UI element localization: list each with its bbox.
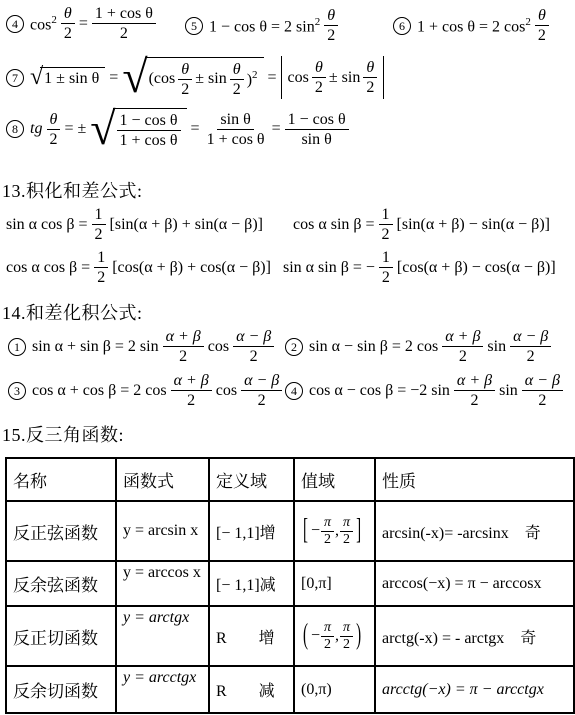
numerator: π — [340, 620, 353, 636]
expression: cos α cos β = — [6, 259, 90, 277]
fraction: α + β2 — [171, 371, 212, 410]
denominator: 2 — [92, 225, 106, 244]
fraction: θ2 — [363, 58, 377, 97]
numerator: 1 — [94, 248, 108, 268]
fraction: θ2 — [312, 58, 326, 97]
fraction: π2 — [321, 620, 334, 652]
numerator: α + β — [442, 327, 483, 347]
cell-domain: R 增 — [209, 606, 294, 666]
cell-name: 反余切函数 — [6, 666, 116, 713]
denominator: 2 — [247, 347, 261, 366]
formula-sum-to-product-3: 3 cos α + cos β = 2 cos α + β2 cos α − β… — [8, 371, 282, 410]
fraction: 12 — [379, 248, 393, 287]
denominator: 2 — [524, 347, 538, 366]
expression: [cos(α + β) + cos(α − β)] — [112, 259, 271, 277]
square-root: √ (cos θ2 ± sin θ2 )2 — [122, 57, 263, 99]
fraction: π2 — [321, 515, 334, 547]
math-term: cos2 — [30, 14, 57, 34]
expression: [sin(α + β) − sin(α − β)] — [397, 216, 550, 234]
fraction: θ2 — [61, 4, 75, 43]
fraction: 12 — [379, 205, 393, 244]
numerator: θ — [178, 60, 192, 80]
circled-number: 6 — [393, 17, 411, 35]
denominator: sin θ — [298, 130, 334, 149]
expression: (cos — [149, 70, 176, 88]
equals-sign: = — [191, 120, 200, 138]
formula-half-angle-4: 4 cos2 θ2 = 1 + cos θ2 — [6, 4, 156, 43]
fraction: 1 + cos θ2 — [92, 4, 156, 43]
cell-function: y = arccos x — [116, 561, 209, 606]
radicand: (cos θ2 ± sin θ2 )2 — [145, 57, 264, 99]
numerator: α − β — [522, 371, 563, 391]
numerator: θ — [324, 6, 338, 26]
bracket: ( — [303, 619, 308, 653]
fraction: α − β2 — [233, 327, 274, 366]
fraction: θ2 — [230, 60, 244, 99]
function-name: cos — [288, 69, 309, 87]
table-row: 反余切函数 y = arcctgx R 减 (0,π) arcctg(−x) =… — [6, 666, 574, 713]
fraction: θ2 — [46, 110, 60, 149]
fraction: sin θ1 + cos θ — [204, 110, 268, 149]
column-header-function: 函数式 — [116, 458, 209, 501]
table-row: 反正切函数 y = arctgx R 增 ( − π2 , π2 ) arctg… — [6, 606, 574, 666]
expression: sin α − sin β = 2 cos — [309, 338, 438, 356]
fraction: α + β2 — [442, 327, 483, 366]
numerator: α + β — [454, 371, 495, 391]
denominator: 1 + cos θ — [204, 130, 268, 149]
table-row: 反余弦函数 y = arccos x [− 1,1]减 [0,π] arccos… — [6, 561, 574, 606]
cell-range: (0,π) — [294, 666, 375, 713]
numerator: α − β — [510, 327, 551, 347]
comma: , — [335, 627, 339, 645]
denominator: 2 — [61, 24, 75, 43]
denominator: 2 — [230, 80, 244, 99]
cell-domain: [− 1,1]增 — [209, 501, 294, 561]
fraction: 1 − cos θsin θ — [285, 110, 349, 149]
numerator: 1 − cos θ — [117, 111, 181, 131]
denominator: 2 — [321, 532, 334, 547]
math-term: 1 − cos θ = 2 sin2 — [209, 16, 320, 36]
numerator: θ — [535, 6, 549, 26]
fraction: π2 — [340, 620, 353, 652]
section-15-heading: 15.反三角函数: — [2, 421, 124, 447]
formula-product-to-sum-2: cos α sin β = 12 [sin(α + β) − sin(α − β… — [293, 205, 550, 244]
denominator: 2 — [321, 637, 334, 652]
formula-half-angle-6: 6 1 + cos θ = 2 cos2 θ2 — [393, 6, 549, 45]
formula-product-to-sum-3: cos α cos β = 12 [cos(α + β) + cos(α − β… — [6, 248, 271, 287]
expression: 1 + cos θ = 2 cos — [417, 18, 525, 35]
expression: cos α sin β = — [293, 216, 375, 234]
numerator: π — [321, 620, 334, 636]
formula-half-angle-8: 8 tg θ2 = ± √ 1 − cos θ1 + cos θ = sin θ… — [6, 108, 349, 150]
fraction: θ2 — [535, 6, 549, 45]
fraction: α + β2 — [454, 371, 495, 410]
interval: [ − π2 , π2 ] — [301, 515, 363, 547]
math-term: 1 + cos θ = 2 cos2 — [417, 16, 531, 36]
numerator: 1 — [92, 205, 106, 225]
equals-plus-minus: = ± — [64, 120, 86, 138]
function-name: tg — [30, 120, 42, 138]
column-header-range: 值域 — [294, 458, 375, 501]
formula-product-to-sum-4: sin α sin β = − 12 [cos(α + β) − cos(α −… — [283, 248, 556, 287]
fraction: α − β2 — [522, 371, 563, 410]
minus-sign: − — [311, 522, 320, 540]
function-name: cos — [30, 16, 51, 33]
cell-name: 反正切函数 — [6, 606, 116, 666]
numerator: π — [321, 515, 334, 531]
exponent: 2 — [252, 69, 258, 81]
denominator: 2 — [379, 268, 393, 287]
column-header-domain: 定义域 — [209, 458, 294, 501]
cell-function: y = arctgx — [116, 606, 209, 666]
expression: sin α sin β = − — [283, 259, 375, 277]
comma: , — [335, 522, 339, 540]
fraction: α − β2 — [241, 371, 282, 410]
fraction: 12 — [94, 248, 108, 287]
bracket: ) — [356, 619, 361, 653]
denominator: 2 — [468, 391, 482, 410]
expression: [cos(α + β) − cos(α − β)] — [397, 259, 556, 277]
denominator: 2 — [176, 347, 190, 366]
denominator: 1 + cos θ — [117, 131, 181, 150]
cell-property: arctg(-x) = - arctgx 奇 — [375, 606, 574, 666]
denominator: 2 — [46, 130, 60, 149]
table-row: 反正弦函数 y = arcsin x [− 1,1]增 [ − π2 , π2 … — [6, 501, 574, 561]
numerator: θ — [61, 4, 75, 24]
exponent: 2 — [315, 16, 321, 28]
denominator: 2 — [363, 78, 377, 97]
cell-function: y = arcctgx — [116, 666, 209, 713]
denominator: 2 — [312, 78, 326, 97]
numerator: α − β — [241, 371, 282, 391]
cell-property: arcsin(-x)= -arcsinx 奇 — [375, 501, 574, 561]
denominator: 2 — [535, 391, 549, 410]
denominator: 2 — [535, 26, 549, 45]
radicand: 1 ± sin θ — [40, 67, 105, 88]
numerator: 1 — [379, 205, 393, 225]
denominator: 2 — [117, 24, 131, 43]
expression: cos α + cos β = 2 cos — [32, 382, 167, 400]
cell-property: arcctg(−x) = π − arcctgx — [375, 666, 574, 713]
fraction: θ2 — [324, 6, 338, 45]
cell-name: 反正弦函数 — [6, 501, 116, 561]
fraction: π2 — [340, 515, 353, 547]
expression: sin α + sin β = 2 sin — [32, 338, 159, 356]
numerator: α + β — [163, 327, 204, 347]
numerator: α + β — [171, 371, 212, 391]
equals-sign: = — [268, 69, 277, 87]
cell-range: ( − π2 , π2 ) — [294, 606, 375, 666]
denominator: 2 — [255, 391, 269, 410]
column-header-property: 性质 — [375, 458, 574, 501]
square-root: √1 ± sin θ — [30, 67, 105, 88]
function-name: cos — [216, 382, 237, 400]
square-root: √ 1 − cos θ1 + cos θ — [90, 108, 186, 150]
math-term: )2 — [247, 69, 258, 89]
formula-sum-to-product-1: 1 sin α + sin β = 2 sin α + β2 cos α − β… — [8, 327, 274, 366]
circled-number: 2 — [285, 338, 303, 356]
function-name: sin — [499, 382, 518, 400]
interval: ( − π2 , π2 ) — [301, 620, 363, 652]
formula-product-to-sum-1: sin α cos β = 12 [sin(α + β) + sin(α − β… — [6, 205, 263, 244]
denominator: 2 — [379, 225, 393, 244]
numerator: 1 − cos θ — [285, 110, 349, 130]
formula-half-angle-7: 7 √1 ± sin θ = √ (cos θ2 ± sin θ2 )2 = c… — [6, 56, 384, 99]
table-header-row: 名称 函数式 定义域 值域 性质 — [6, 458, 574, 501]
cell-domain: R 减 — [209, 666, 294, 713]
exponent: 2 — [525, 16, 531, 28]
inverse-trig-table: 名称 函数式 定义域 值域 性质 反正弦函数 y = arcsin x [− 1… — [5, 457, 575, 714]
fraction: 1 − cos θ1 + cos θ — [117, 111, 181, 150]
cell-range: [0,π] — [294, 561, 375, 606]
formula-sum-to-product-4: 4 cos α − cos β = −2 sin α + β2 sin α − … — [285, 371, 563, 410]
equals-sign: = — [109, 69, 118, 87]
circled-number: 4 — [6, 15, 24, 33]
fraction: α − β2 — [510, 327, 551, 366]
formula-sum-to-product-2: 2 sin α − sin β = 2 cos α + β2 sin α − β… — [285, 327, 551, 366]
expression: ± sin — [329, 69, 360, 87]
numerator: θ — [230, 60, 244, 80]
circled-number: 1 — [8, 338, 26, 356]
numerator: θ — [312, 58, 326, 78]
fraction: 12 — [92, 205, 106, 244]
expression: ± sin — [195, 70, 226, 88]
numerator: 1 + cos θ — [92, 4, 156, 24]
expression: [sin(α + β) + sin(α − β)] — [110, 216, 263, 234]
circled-number: 7 — [6, 69, 24, 87]
denominator: 2 — [178, 80, 192, 99]
denominator: 2 — [94, 268, 108, 287]
cell-domain: [− 1,1]减 — [209, 561, 294, 606]
page: 4 cos2 θ2 = 1 + cos θ2 5 1 − cos θ = 2 s… — [0, 0, 575, 715]
expression: sin α cos β = — [6, 216, 88, 234]
function-name: cos — [208, 338, 229, 356]
cell-range: [ − π2 , π2 ] — [294, 501, 375, 561]
circled-number: 3 — [8, 382, 26, 400]
fraction: θ2 — [178, 60, 192, 99]
bracket: ] — [356, 514, 361, 548]
absolute-value: cos θ2 ± sin θ2 — [281, 56, 385, 99]
numerator: 1 — [379, 248, 393, 268]
numerator: π — [340, 515, 353, 531]
minus-sign: − — [311, 627, 320, 645]
cell-function: y = arcsin x — [116, 501, 209, 561]
function-name: sin — [487, 338, 506, 356]
expression: 1 − cos θ = 2 sin — [209, 18, 315, 35]
circled-number: 4 — [285, 382, 303, 400]
expression: cos α − cos β = −2 sin — [309, 382, 450, 400]
numerator: θ — [363, 58, 377, 78]
cell-name: 反余弦函数 — [6, 561, 116, 606]
cell-property: arccos(−x) = π − arccosx — [375, 561, 574, 606]
denominator: 2 — [184, 391, 198, 410]
numerator: α − β — [233, 327, 274, 347]
equals-sign: = — [272, 120, 281, 138]
circled-number: 8 — [6, 120, 24, 138]
column-header-name: 名称 — [6, 458, 116, 501]
section-13-heading: 13.积化和差公式: — [2, 177, 143, 203]
radicand: 1 − cos θ1 + cos θ — [113, 108, 187, 150]
bracket: [ — [303, 514, 308, 548]
numerator: θ — [47, 110, 61, 130]
denominator: 2 — [324, 26, 338, 45]
denominator: 2 — [340, 637, 353, 652]
fraction: α + β2 — [163, 327, 204, 366]
circled-number: 5 — [185, 17, 203, 35]
denominator: 2 — [340, 532, 353, 547]
equals-sign: = — [79, 15, 88, 33]
denominator: 2 — [456, 347, 470, 366]
formula-half-angle-5: 5 1 − cos θ = 2 sin2 θ2 — [185, 6, 338, 45]
exponent: 2 — [51, 14, 57, 26]
section-14-heading: 14.和差化积公式: — [2, 299, 143, 325]
numerator: sin θ — [217, 110, 253, 130]
